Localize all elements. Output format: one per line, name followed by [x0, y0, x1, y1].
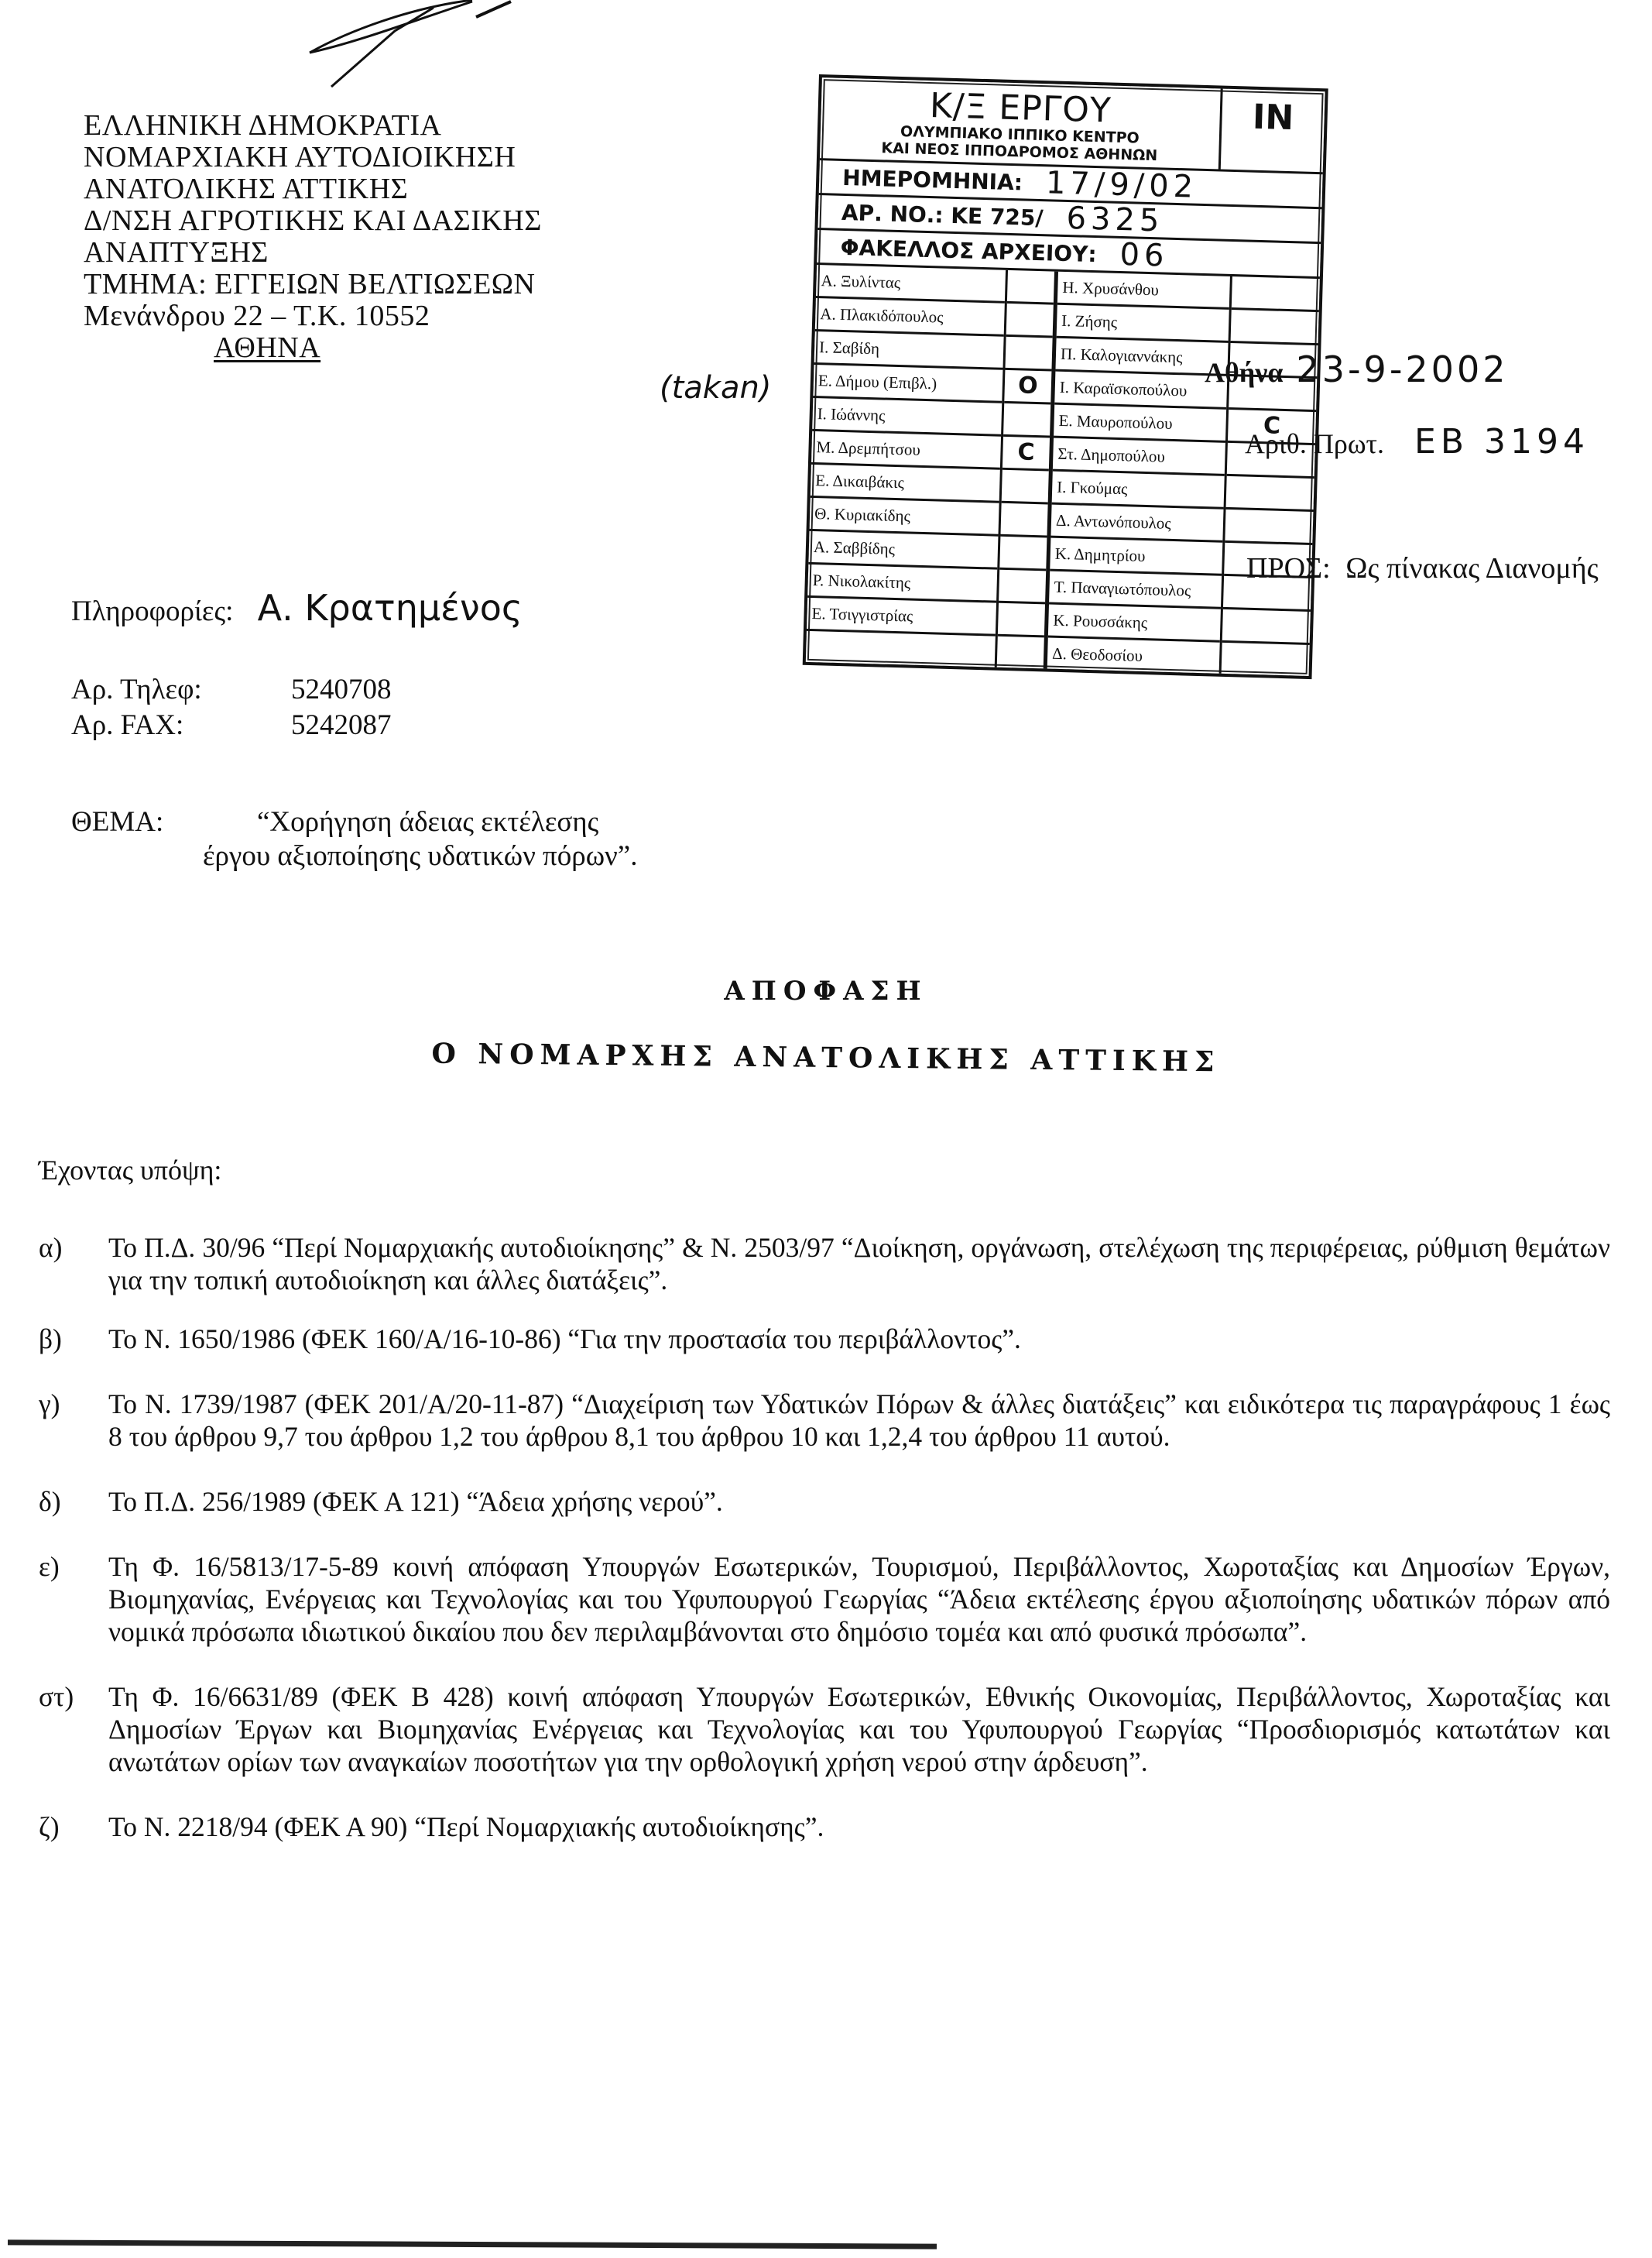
stamp-mark-cell — [1007, 270, 1054, 305]
protocol-label: Αριθ. Πρωτ. — [1245, 428, 1384, 459]
contact-block: Αρ. Τηλεφ: 5240708 Αρ. FAX: 5242087 — [71, 672, 392, 743]
issuer-line: Δ/ΝΣΗ ΑΓΡΟΤΙΚΗΣ ΚΑΙ ΔΑΣΙΚΗΣ — [84, 205, 542, 237]
stamp-name-cell: Π. Καλογιαννάκης — [1055, 338, 1228, 376]
stamp-name-cell: Δ. Θεοδοσίου — [1047, 638, 1220, 674]
stamp-distribution-grid: Α. ΞυλίνταςΑ. ΠλακιδόπουλοςΙ. ΣαβίδηΕ. Δ… — [806, 265, 1320, 676]
stamp-mark-cell: C — [1003, 437, 1050, 472]
clause-marker: α) — [39, 1231, 108, 1296]
stamp-mark-cell — [999, 537, 1047, 571]
stamp-name-cell: Α. Πλακιδόπουλος — [815, 298, 1005, 337]
stamp-name-cell: Ε. Δικαιβάκις — [811, 465, 1000, 503]
clause-marker: ζ) — [39, 1810, 108, 1843]
stamp-number-value: 6325 — [1043, 200, 1164, 238]
stamp-mark-cell — [1003, 403, 1050, 438]
issuer-line: ΝΟΜΑΡΧΙΑΚΗ ΑΥΤΟΔΙΟΙΚΗΣΗ — [84, 142, 542, 173]
phone-row: Αρ. Τηλεφ: 5240708 — [71, 672, 392, 708]
clause-text: Τη Φ. 16/5813/17-5-89 κοινή απόφαση Υπου… — [108, 1550, 1610, 1648]
stamp-mark-cell — [998, 603, 1045, 638]
clause-text: Το Π.Δ. 30/96 “Περί Νομαρχιακής αυτοδιοί… — [108, 1231, 1610, 1296]
legal-basis-item: δ)Το Π.Δ. 256/1989 (ΦΕΚ Α 121) “Άδεια χρ… — [39, 1485, 1610, 1518]
stamp-mark-cell — [997, 637, 1044, 669]
stamp-name-cell — [806, 631, 996, 667]
stamp-mark-cell — [1002, 470, 1049, 505]
stamp-mark-cell — [1005, 337, 1052, 372]
stamp-mark-cell — [1222, 609, 1311, 645]
stamp-name-cell: Ι. Ζήσης — [1057, 305, 1229, 343]
fax-label: Αρ. FAX: — [71, 708, 291, 743]
issuer-address: Μενάνδρου 22 – Τ.Κ. 10552 — [84, 300, 542, 332]
issuer-block: ΕΛΛΗΝΙΚΗ ΔΗΜΟΚΡΑΤΙΑ ΝΟΜΑΡΧΙΑΚΗ ΑΥΤΟΔΙΟΙΚ… — [84, 110, 542, 364]
stamp-number-label: ΑΡ. ΝΟ.: ΚΕ 725/ — [818, 199, 1044, 231]
decision-title: ΑΠΟΦΑΣΗ — [0, 976, 1652, 1007]
stamp-mark-cell: O — [1004, 370, 1051, 405]
stamp-name-cell: Ε. Δήμου (Επιβλ.) — [813, 365, 1003, 403]
handwritten-note: (takan) — [660, 370, 771, 406]
stamp-mark-cell — [1006, 304, 1054, 338]
stamp-mark-cell — [1226, 476, 1314, 512]
clause-marker: β) — [39, 1323, 108, 1355]
clause-marker: γ) — [39, 1388, 108, 1453]
place-date: Αθήνα 23-9-2002 — [1205, 348, 1509, 390]
legal-basis-item: ζ)Το Ν. 2218/94 (ΦΕΚ Α 90) “Περί Νομαρχι… — [39, 1810, 1610, 1843]
clause-marker: δ) — [39, 1485, 108, 1518]
recipient-label: ΠΡΟΣ: — [1246, 552, 1331, 585]
stamp-file-label: ΦΑΚΕΛΛΟΣ ΑΡΧΕΙΟΥ: — [817, 234, 1097, 267]
subject-line: έργου αξιοποίησης υδατικών πόρων”. — [71, 839, 637, 873]
stamp-name-cell: Α. Σαββίδης — [808, 531, 998, 570]
stamp-name-cell: Τ. Παναγιωτόπουλος — [1049, 571, 1222, 609]
stamp-mark-cell — [1225, 510, 1313, 545]
clause-marker: ε) — [39, 1550, 108, 1648]
fax-row: Αρ. FAX: 5242087 — [71, 708, 392, 743]
stamp-name-cell: Ε. Μαυροπούλου — [1054, 405, 1226, 443]
protocol-number: Αριθ. Πρωτ. ΕΒ 3194 — [1245, 422, 1589, 462]
stamp-mark-cell — [1222, 643, 1310, 676]
issuer-line: ΤΜΗΜΑ: ΕΓΓΕΙΩΝ ΒΕΛΤΙΩΣΕΩΝ — [84, 269, 542, 300]
stamp-mark-cell — [1000, 503, 1047, 538]
stamp-name-cell: Ι. Καραϊσκοπούλου — [1054, 372, 1227, 410]
clause-text: Το Π.Δ. 256/1989 (ΦΕΚ Α 121) “Άδεια χρήσ… — [108, 1485, 1610, 1518]
subject-block: ΘΕΜΑ:“Χορήγηση άδειας εκτέλεσης έργου αξ… — [71, 805, 637, 873]
stamp-date-label: ΗΜΕΡΟΜΗΝΙΑ: — [819, 164, 1023, 195]
legal-basis-item: γ)Το Ν. 1739/1987 (ΦΕΚ 201/Α/20-11-87) “… — [39, 1388, 1610, 1453]
issuer-line: ΑΝΑΤΟΛΙΚΗΣ ΑΤΤΙΚΗΣ — [84, 173, 542, 205]
stamp-in-label: IN — [1221, 89, 1325, 173]
info-line: Πληροφορίες: Α. Κρατημένος — [71, 587, 523, 629]
legal-basis-item: β)Το Ν. 1650/1986 (ΦΕΚ 160/Α/16-10-86) “… — [39, 1323, 1610, 1355]
stamp-right-names: Η. ΧρυσάνθουΙ. ΖήσηςΠ. ΚαλογιαννάκηςΙ. Κ… — [1047, 272, 1232, 674]
stamp-left-names: Α. ΞυλίνταςΑ. ΠλακιδόπουλοςΙ. ΣαβίδηΕ. Δ… — [806, 265, 1008, 667]
stamp-name-cell: Η. Χρυσάνθου — [1057, 272, 1230, 310]
info-contact-name: Α. Κρατημένος — [258, 587, 523, 629]
subject-line: “Χορήγηση άδειας εκτέλεσης — [257, 806, 598, 838]
stamp-name-cell: Ρ. Νικολακίτης — [807, 564, 997, 603]
stamp-name-cell: Ι. Ιώάννης — [812, 398, 1002, 437]
page-bottom-rule — [8, 2239, 937, 2249]
stamp-name-cell: Κ. Ρουσσάκης — [1048, 605, 1221, 643]
stamp-name-cell: Κ. Δημητρίου — [1050, 538, 1222, 576]
place-label: Αθήνα — [1205, 357, 1283, 388]
issuer-line: ΑΝΑΠΤΥΞΗΣ — [84, 237, 542, 269]
considering-label: Έχοντας υπόψη: — [39, 1154, 221, 1186]
stamp-name-cell: Μ. Δρεμπήτσου — [811, 431, 1001, 470]
stamp-name-cell: Θ. Κυριακίδης — [810, 498, 999, 537]
stamp-mark-cell — [1232, 276, 1320, 312]
issuer-city: ΑΘΗΝΑ — [84, 332, 542, 364]
protocol-value: ΕΒ 3194 — [1414, 422, 1589, 462]
stamp-date-value: 17/9/02 — [1022, 164, 1198, 204]
stamp-name-cell: Ι. Γκούμας — [1052, 472, 1225, 510]
legal-basis-item: α)Το Π.Δ. 30/96 “Περί Νομαρχιακής αυτοδι… — [39, 1231, 1610, 1296]
stamp-name-cell: Ι. Σαβίδη — [814, 331, 1004, 370]
date-value: 23-9-2002 — [1296, 348, 1508, 390]
stamp-mark-cell — [1231, 310, 1319, 345]
recipient: ΠΡΟΣ: Ως πίνακας Διανομής — [1246, 551, 1599, 585]
stamp-header: Κ/Ξ ΕΡΓΟΥ ΟΛΥΜΠΙΑΚΟ ΙΠΠΙΚΟ ΚΕΝΤΡΟ ΚΑΙ ΝΕ… — [820, 77, 1325, 174]
stamp-mark-cell — [999, 570, 1046, 605]
clause-marker: στ) — [39, 1680, 108, 1778]
fax-value: 5242087 — [291, 708, 392, 743]
phone-value: 5240708 — [291, 672, 392, 708]
phone-label: Αρ. Τηλεφ: — [71, 672, 291, 708]
legal-basis-list: α)Το Π.Δ. 30/96 “Περί Νομαρχιακής αυτοδι… — [39, 1231, 1610, 1875]
stamp-name-cell: Δ. Αντωνόπουλος — [1050, 505, 1223, 543]
stamp-right-marks: C — [1222, 276, 1320, 676]
stamp-name-cell: Α. Ξυλίντας — [816, 265, 1006, 304]
clause-text: Τη Φ. 16/6631/89 (ΦΕΚ Β 428) κοινή απόφα… — [108, 1680, 1610, 1778]
recipient-value: Ως πίνακας Διανομής — [1345, 552, 1599, 585]
clause-text: Το Ν. 1739/1987 (ΦΕΚ 201/Α/20-11-87) “Δι… — [108, 1388, 1610, 1453]
stamp-name-cell: Ε. Τσιγγιστρίας — [807, 598, 996, 637]
stamp-org: Κ/Ξ ΕΡΓΟΥ ΟΛΥΜΠΙΑΚΟ ΙΠΠΙΚΟ ΚΕΝΤΡΟ ΚΑΙ ΝΕ… — [820, 77, 1223, 169]
clause-text: Το Ν. 2218/94 (ΦΕΚ Α 90) “Περί Νομαρχιακ… — [108, 1810, 1610, 1843]
info-label: Πληροφορίες: — [71, 595, 233, 627]
clause-text: Το Ν. 1650/1986 (ΦΕΚ 160/Α/16-10-86) “Γι… — [108, 1323, 1610, 1355]
decision-authority: Ο ΝΟΜΑΡΧΗΣ ΑΝΑΤΟΛΙΚΗΣ ΑΤΤΙΚΗΣ — [0, 1033, 1652, 1083]
stamp-name-cell: Στ. Δημοπούλου — [1053, 438, 1225, 476]
signature-scribble — [279, 0, 526, 93]
legal-basis-item: ε)Τη Φ. 16/5813/17-5-89 κοινή απόφαση Υπ… — [39, 1550, 1610, 1648]
issuer-line: ΕΛΛΗΝΙΚΗ ΔΗΜΟΚΡΑΤΙΑ — [84, 110, 542, 142]
legal-basis-item: στ)Τη Φ. 16/6631/89 (ΦΕΚ Β 428) κοινή απ… — [39, 1680, 1610, 1778]
stamp-file-value: 06 — [1096, 236, 1169, 274]
subject-label: ΘΕΜΑ: — [71, 805, 257, 839]
